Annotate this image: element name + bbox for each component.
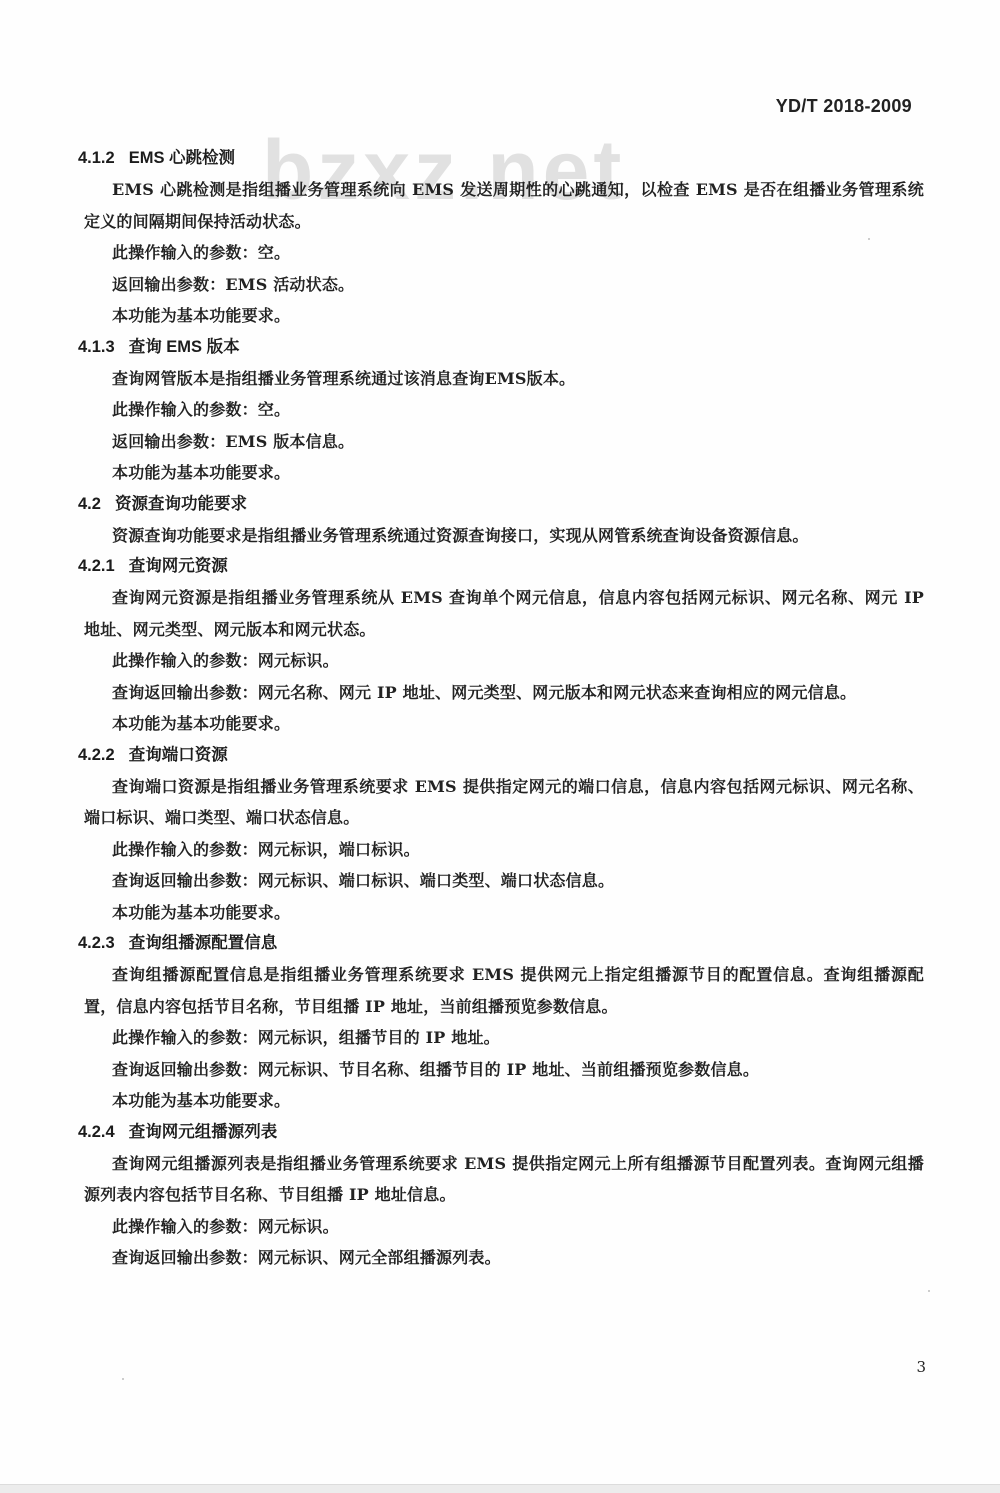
- standard-code: YD/T 2018-2009: [776, 96, 912, 117]
- section-title: 查询组播源配置信息: [129, 934, 278, 952]
- paragraph: 此操作输入的参数：空。: [78, 394, 924, 426]
- scan-speck: [928, 1290, 930, 1292]
- page-body: 4.1.2EMS 心跳检测 EMS 心跳检测是指组播业务管理系统向 EMS 发送…: [78, 143, 924, 1274]
- paragraph: 查询网元组播源列表是指组播业务管理系统要求 EMS 提供指定网元上所有组播源节目…: [78, 1148, 924, 1211]
- paragraph: 此操作输入的参数：网元标识。: [78, 645, 924, 677]
- scan-speck: [122, 1378, 124, 1380]
- section-title: 查询端口资源: [129, 746, 228, 764]
- paragraph: 查询返回输出参数：网元标识、网元全部组播源列表。: [78, 1242, 924, 1274]
- paragraph: 本功能为基本功能要求。: [78, 457, 924, 489]
- section-heading: 4.2.2查询端口资源: [78, 740, 924, 771]
- section-heading: 4.2.3查询组播源配置信息: [78, 928, 924, 959]
- section-number: 4.2.2: [78, 740, 115, 771]
- section-number: 4.2.1: [78, 551, 115, 582]
- paragraph: 本功能为基本功能要求。: [78, 300, 924, 332]
- paragraph: 此操作输入的参数：网元标识。: [78, 1211, 924, 1243]
- paragraph: 查询组播源配置信息是指组播业务管理系统要求 EMS 提供网元上指定组播源节目的配…: [78, 959, 924, 1022]
- paragraph: 查询返回输出参数：网元标识、节目名称、组播节目的 IP 地址、当前组播预览参数信…: [78, 1054, 924, 1086]
- section-number: 4.2: [78, 489, 101, 520]
- section-heading: 4.2资源查询功能要求: [78, 489, 924, 520]
- section-number: 4.2.4: [78, 1117, 115, 1148]
- section-heading: 4.1.3查询 EMS 版本: [78, 332, 924, 363]
- paragraph: 返回输出参数：EMS 版本信息。: [78, 426, 924, 458]
- paragraph: 查询返回输出参数：网元标识、端口标识、端口类型、端口状态信息。: [78, 865, 924, 897]
- section-number: 4.1.3: [78, 332, 115, 363]
- section-title: 查询网元资源: [129, 557, 228, 575]
- section-heading: 4.2.1查询网元资源: [78, 551, 924, 582]
- section-heading: 4.2.4查询网元组播源列表: [78, 1117, 924, 1148]
- paragraph: 查询网元资源是指组播业务管理系统从 EMS 查询单个网元信息，信息内容包括网元标…: [78, 582, 924, 645]
- section-title: EMS 心跳检测: [129, 149, 235, 167]
- paragraph: 返回输出参数：EMS 活动状态。: [78, 269, 924, 301]
- paragraph: 查询返回输出参数：网元名称、网元 IP 地址、网元类型、网元版本和网元状态来查询…: [78, 677, 924, 709]
- paragraph: 此操作输入的参数：网元标识，组播节目的 IP 地址。: [78, 1022, 924, 1054]
- paragraph: 本功能为基本功能要求。: [78, 897, 924, 929]
- section-title: 查询 EMS 版本: [129, 338, 240, 356]
- section-number: 4.2.3: [78, 928, 115, 959]
- section-title: 资源查询功能要求: [115, 495, 247, 513]
- paragraph: 资源查询功能要求是指组播业务管理系统通过资源查询接口，实现从网管系统查询设备资源…: [78, 520, 924, 552]
- paragraph: 此操作输入的参数：空。: [78, 237, 924, 269]
- paragraph: EMS 心跳检测是指组播业务管理系统向 EMS 发送周期性的心跳通知，以检查 E…: [78, 174, 924, 237]
- paragraph: 本功能为基本功能要求。: [78, 1085, 924, 1117]
- paragraph: 此操作输入的参数：网元标识，端口标识。: [78, 834, 924, 866]
- section-title: 查询网元组播源列表: [129, 1123, 278, 1141]
- viewer-bottom-edge: [0, 1484, 1000, 1493]
- section-number: 4.1.2: [78, 143, 115, 174]
- paragraph: 查询端口资源是指组播业务管理系统要求 EMS 提供指定网元的端口信息，信息内容包…: [78, 771, 924, 834]
- document-page: YD/T 2018-2009 bzxz.net 4.1.2EMS 心跳检测 EM…: [0, 0, 1000, 1480]
- paragraph: 本功能为基本功能要求。: [78, 708, 924, 740]
- paragraph: 查询网管版本是指组播业务管理系统通过该消息查询EMS版本。: [78, 363, 924, 395]
- page-number: 3: [916, 1358, 926, 1376]
- section-heading: 4.1.2EMS 心跳检测: [78, 143, 924, 174]
